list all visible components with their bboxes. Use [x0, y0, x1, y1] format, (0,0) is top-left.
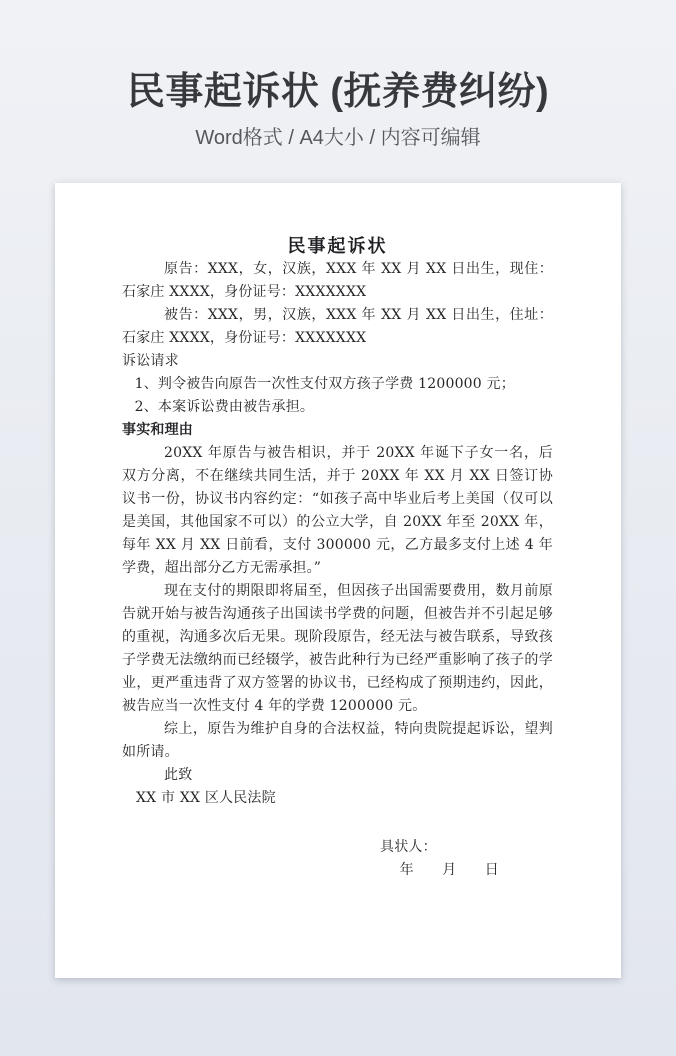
template-preview-page: 民事起诉状 (抚养费纠纷) Word格式 / A4大小 / 内容可编辑 民事起诉…	[0, 0, 676, 978]
signature-date-line: 年 月 日	[380, 859, 553, 882]
court-name-line: XX 市 XX 区人民法院	[122, 787, 553, 810]
paragraph-defendant: 被告：XXX，男，汉族，XXX 年 XX 月 XX 日出生，住址：石家庄 XXX…	[122, 304, 553, 350]
paragraph-facts-1: 20XX 年原告与被告相识，并于 20XX 年诞下子女一名，后双方分离，不在继续…	[122, 442, 553, 580]
paragraph-facts-2: 现在支付的期限即将届至，但因孩子出国需要费用，数月前原告就开始与被告沟通孩子出国…	[122, 580, 553, 718]
heading-facts: 事实和理由	[122, 419, 553, 442]
page-title: 民事起诉状 (抚养费纠纷)	[0, 70, 676, 114]
page-subtitle: Word格式 / A4大小 / 内容可编辑	[0, 124, 676, 152]
signature-block: 具状人： 年 月 日	[380, 836, 553, 882]
paragraph-conclusion: 综上，原告为维护自身的合法权益，特向贵院提起诉讼，望判如所请。	[122, 718, 553, 764]
heading-claims: 诉讼请求	[122, 350, 553, 373]
document-preview-paper: 民事起诉状 原告：XXX，女，汉族，XXX 年 XX 月 XX 日出生，现住：石…	[55, 183, 621, 978]
claim-item-2: 2、本案诉讼费由被告承担。	[122, 396, 553, 419]
claim-item-1: 1、判令被告向原告一次性支付双方孩子学费 1200000 元；	[122, 373, 553, 396]
signer-label: 具状人：	[380, 836, 553, 859]
document-title: 民事起诉状	[122, 236, 553, 258]
page-header: 民事起诉状 (抚养费纠纷) Word格式 / A4大小 / 内容可编辑	[0, 0, 676, 152]
paragraph-salutation: 此致	[122, 764, 553, 787]
paragraph-plaintiff: 原告：XXX，女，汉族，XXX 年 XX 月 XX 日出生，现住：石家庄 XXX…	[122, 258, 553, 304]
